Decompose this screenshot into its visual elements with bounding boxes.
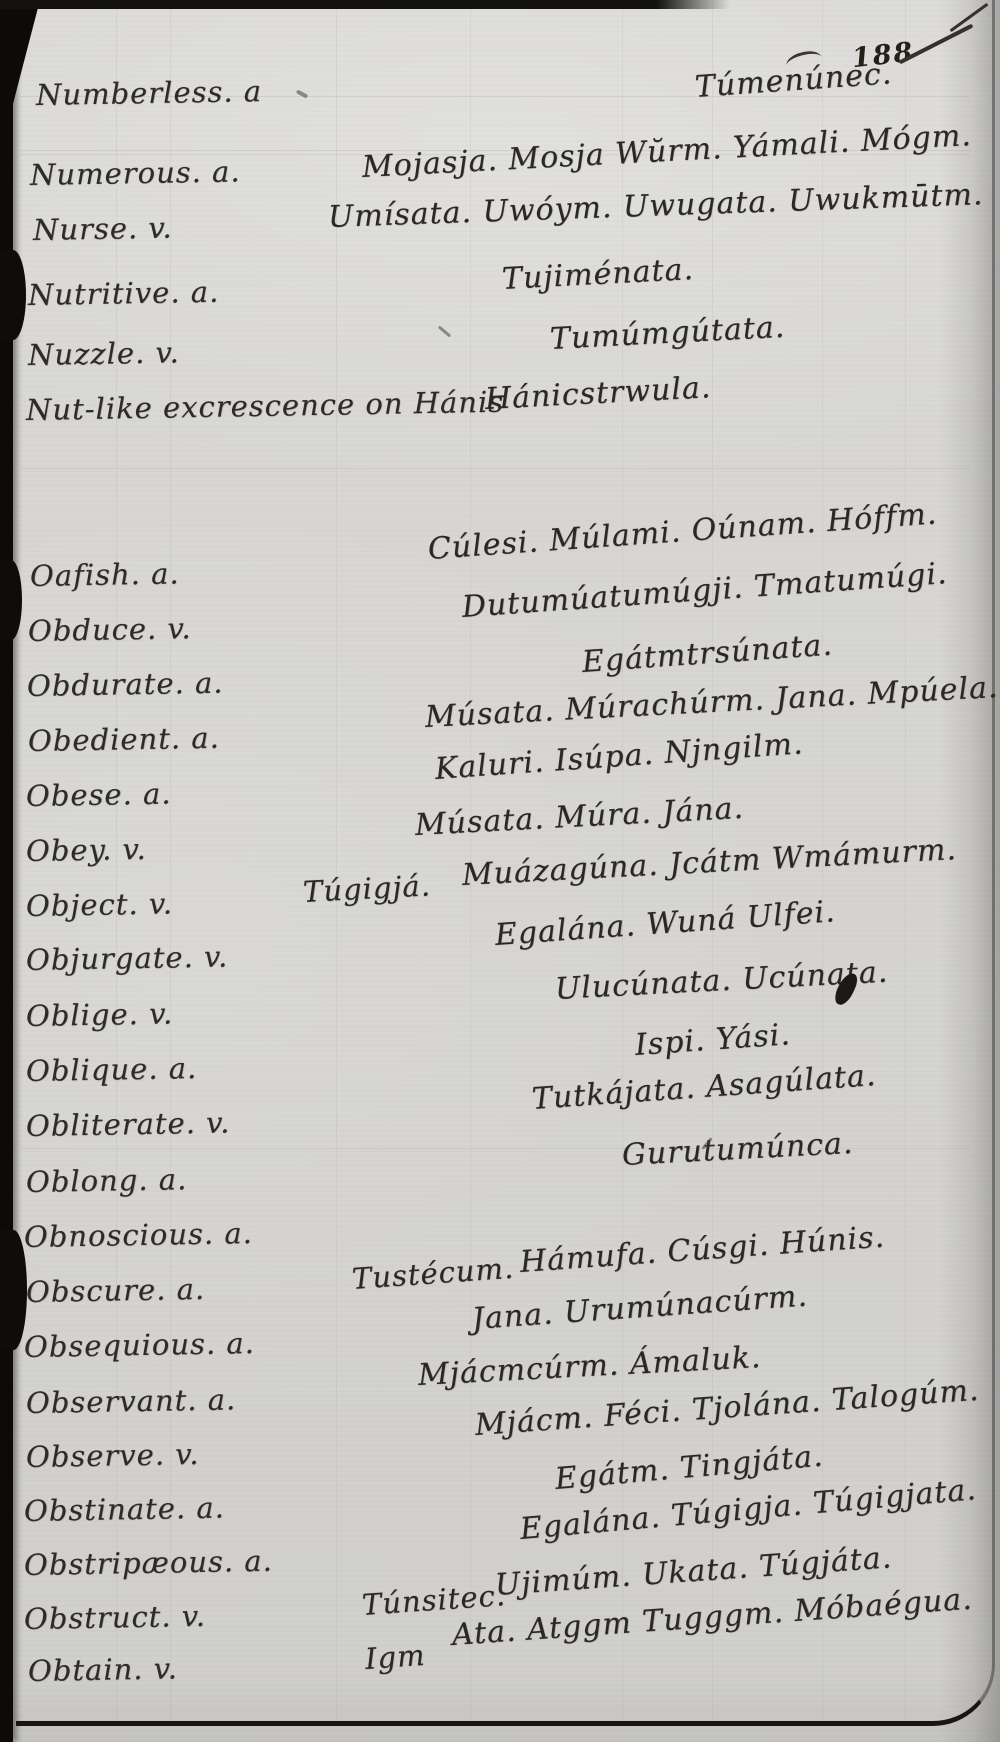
entry-english-term: Obliterate. v. — [26, 1105, 231, 1143]
entry-english-term: Obstripæous. a. — [24, 1544, 273, 1582]
entry-english-term: Oblong. a. — [26, 1162, 188, 1199]
entry-english-term: Obstinate. a. — [24, 1490, 225, 1528]
scan-top-edge — [0, 0, 730, 9]
entry-english-term: Observant. a. — [26, 1382, 237, 1420]
entry-english-term: Obnoscious. a. — [24, 1216, 253, 1254]
entry-english-term: Oblique. a. — [26, 1051, 198, 1088]
manuscript-page: 188 Numberless. aTúmenúnec.Numerous. a.M… — [0, 0, 1000, 1742]
column-rule-line — [336, 0, 337, 1726]
book-gutter-edge-bump — [0, 1230, 27, 1350]
entry-english-term: Nuzzle. v. — [28, 335, 180, 372]
entry-english-term: Obdurate. a. — [27, 666, 224, 703]
entry-english-term: Numerous. a. — [30, 154, 241, 192]
entry-english-term: Obtain. v. — [28, 1651, 178, 1688]
entry-english-term: Obese. a. — [26, 776, 172, 813]
row-rule-line — [20, 468, 970, 469]
entry-english-term: Object. v. — [26, 886, 174, 923]
entry-middle-word: Igm — [364, 1638, 427, 1676]
entry-english-term: Nurse. v. — [33, 211, 173, 247]
entry-english-term: Obduce. v. — [28, 611, 192, 648]
entry-english-term: Oafish. a. — [30, 556, 180, 593]
entry-middle-word: Túgigjá. — [302, 868, 432, 909]
entry-english-term: Obscure. a. — [26, 1272, 206, 1309]
book-gutter-edge-bump — [0, 560, 22, 640]
entry-english-term: Nutritive. a. — [28, 275, 220, 312]
book-gutter-edge-bump — [0, 250, 26, 340]
entry-english-term: Numberless. a — [36, 74, 263, 112]
entry-english-term: Oblige. v. — [26, 996, 174, 1033]
entry-english-term: Objurgate. v. — [26, 939, 229, 977]
entry-english-term: Obsequious. a. — [24, 1326, 255, 1364]
entry-english-term: Obstruct. v. — [24, 1599, 206, 1636]
entry-english-term: Observe. v. — [26, 1437, 200, 1474]
entry-english-term: Obedient. a. — [28, 721, 220, 758]
entry-english-term: Obey. v. — [26, 832, 147, 868]
